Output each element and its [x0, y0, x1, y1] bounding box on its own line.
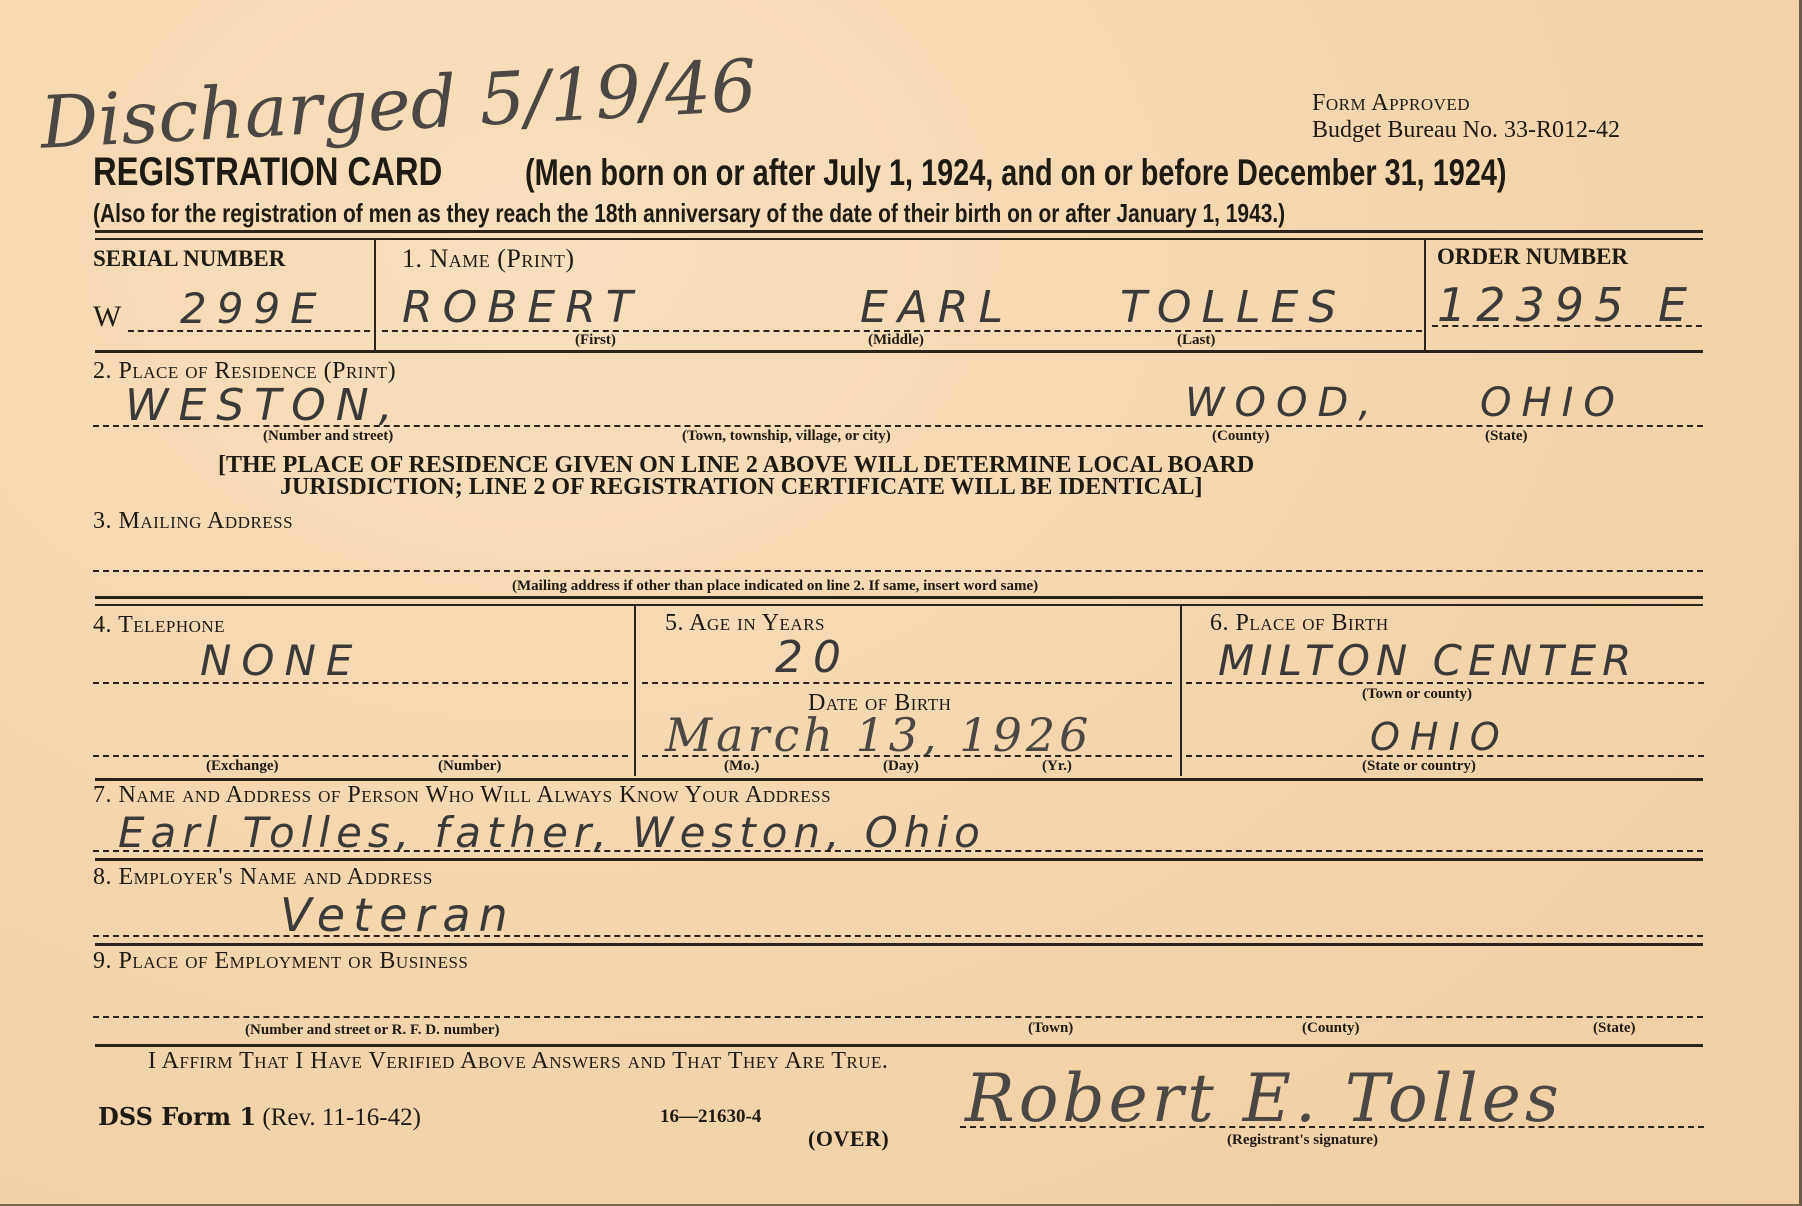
exchange-caption: (Exchange) — [206, 758, 279, 775]
employment-label: 9. Place of Employment or Business — [93, 948, 468, 975]
name-last-value[interactable]: TOLLES — [1120, 282, 1346, 333]
street-caption: (Number and street) — [263, 428, 393, 445]
name-middle-value[interactable]: EARL — [860, 282, 1013, 333]
name-label: 1. Name (Print) — [402, 244, 575, 274]
place-of-birth-label: 6. Place of Birth — [1210, 610, 1389, 637]
contact-label: 7. Name and Address of Person Who Will A… — [93, 782, 831, 809]
form-subtitle-secondary: (Also for the registration of men as the… — [93, 198, 1285, 229]
town-caption: (Town, township, village, or city) — [682, 428, 891, 445]
name-first-value[interactable]: ROBERT — [402, 282, 643, 333]
year-caption: (Yr.) — [1042, 758, 1072, 775]
residence-state-value[interactable]: OHIO — [1480, 380, 1625, 426]
mailing-caption: (Mailing address if other than place ind… — [512, 578, 1038, 595]
form-revision: (Rev. 11-16-42) — [262, 1104, 421, 1131]
age-value[interactable]: 20 — [775, 632, 851, 683]
mailing-address-label: 3. Mailing Address — [93, 508, 293, 535]
employment-town-caption: (Town) — [1028, 1020, 1073, 1037]
order-number-label: ORDER NUMBER — [1437, 244, 1628, 270]
day-caption: (Day) — [883, 758, 919, 775]
employment-street-caption: (Number and street or R. F. D. number) — [245, 1022, 499, 1039]
middle-caption: (Middle) — [868, 332, 924, 349]
telephone-value[interactable]: NONE — [200, 636, 362, 685]
county-caption: (County) — [1212, 428, 1270, 445]
form-code: 16—21630-4 — [660, 1106, 761, 1128]
birth-town-caption: (Town or county) — [1362, 686, 1472, 703]
employer-label: 8. Employer's Name and Address — [93, 864, 433, 891]
form-subtitle: (Men born on or after July 1, 1924, and … — [525, 152, 1507, 194]
month-caption: (Mo.) — [724, 758, 759, 775]
birth-state-value[interactable]: OHIO — [1370, 715, 1510, 759]
serial-number-value[interactable]: 299E — [180, 284, 327, 333]
number-caption: (Number) — [438, 758, 501, 775]
budget-bureau: Budget Bureau No. 33-R012-42 — [1312, 117, 1620, 144]
signature-caption: (Registrant's signature) — [1227, 1132, 1378, 1149]
first-caption: (First) — [575, 332, 616, 349]
birth-town-value[interactable]: MILTON CENTER — [1218, 636, 1637, 685]
employment-county-caption: (County) — [1302, 1020, 1360, 1037]
footer-form-line: DSS Form 1 (Rev. 11-16-42) — [98, 1102, 421, 1132]
residence-street-value[interactable]: WESTON, — [125, 380, 403, 431]
discharged-annotation: Discharged 5/19/46 — [38, 43, 758, 164]
date-of-birth-value[interactable]: March 13, 1926 — [665, 708, 1092, 762]
employment-state-caption: (State) — [1593, 1020, 1635, 1037]
birth-state-caption: (State or country) — [1362, 758, 1476, 775]
form-approved: Form Approved — [1312, 90, 1470, 117]
form-number: DSS Form 1 — [98, 1102, 256, 1131]
state-caption: (State) — [1485, 428, 1527, 445]
last-caption: (Last) — [1177, 332, 1215, 349]
serial-number-label: SERIAL NUMBER — [93, 246, 285, 272]
residence-county-value[interactable]: WOOD, — [1185, 380, 1381, 426]
registration-card: Discharged 5/19/46 Form Approved Budget … — [0, 0, 1802, 1206]
employer-value[interactable]: Veteran — [280, 888, 516, 942]
residence-notice-line2: JURISDICTION; LINE 2 OF REGISTRATION CER… — [280, 474, 1202, 501]
telephone-label: 4. Telephone — [93, 612, 225, 639]
over-label[interactable]: (OVER) — [808, 1126, 889, 1152]
serial-prefix: W — [93, 300, 121, 334]
affirmation-text: I Affirm That I Have Verified Above Answ… — [148, 1048, 888, 1075]
order-number-value[interactable]: 12395 E — [1437, 278, 1697, 332]
form-title: REGISTRATION CARD — [93, 150, 442, 195]
